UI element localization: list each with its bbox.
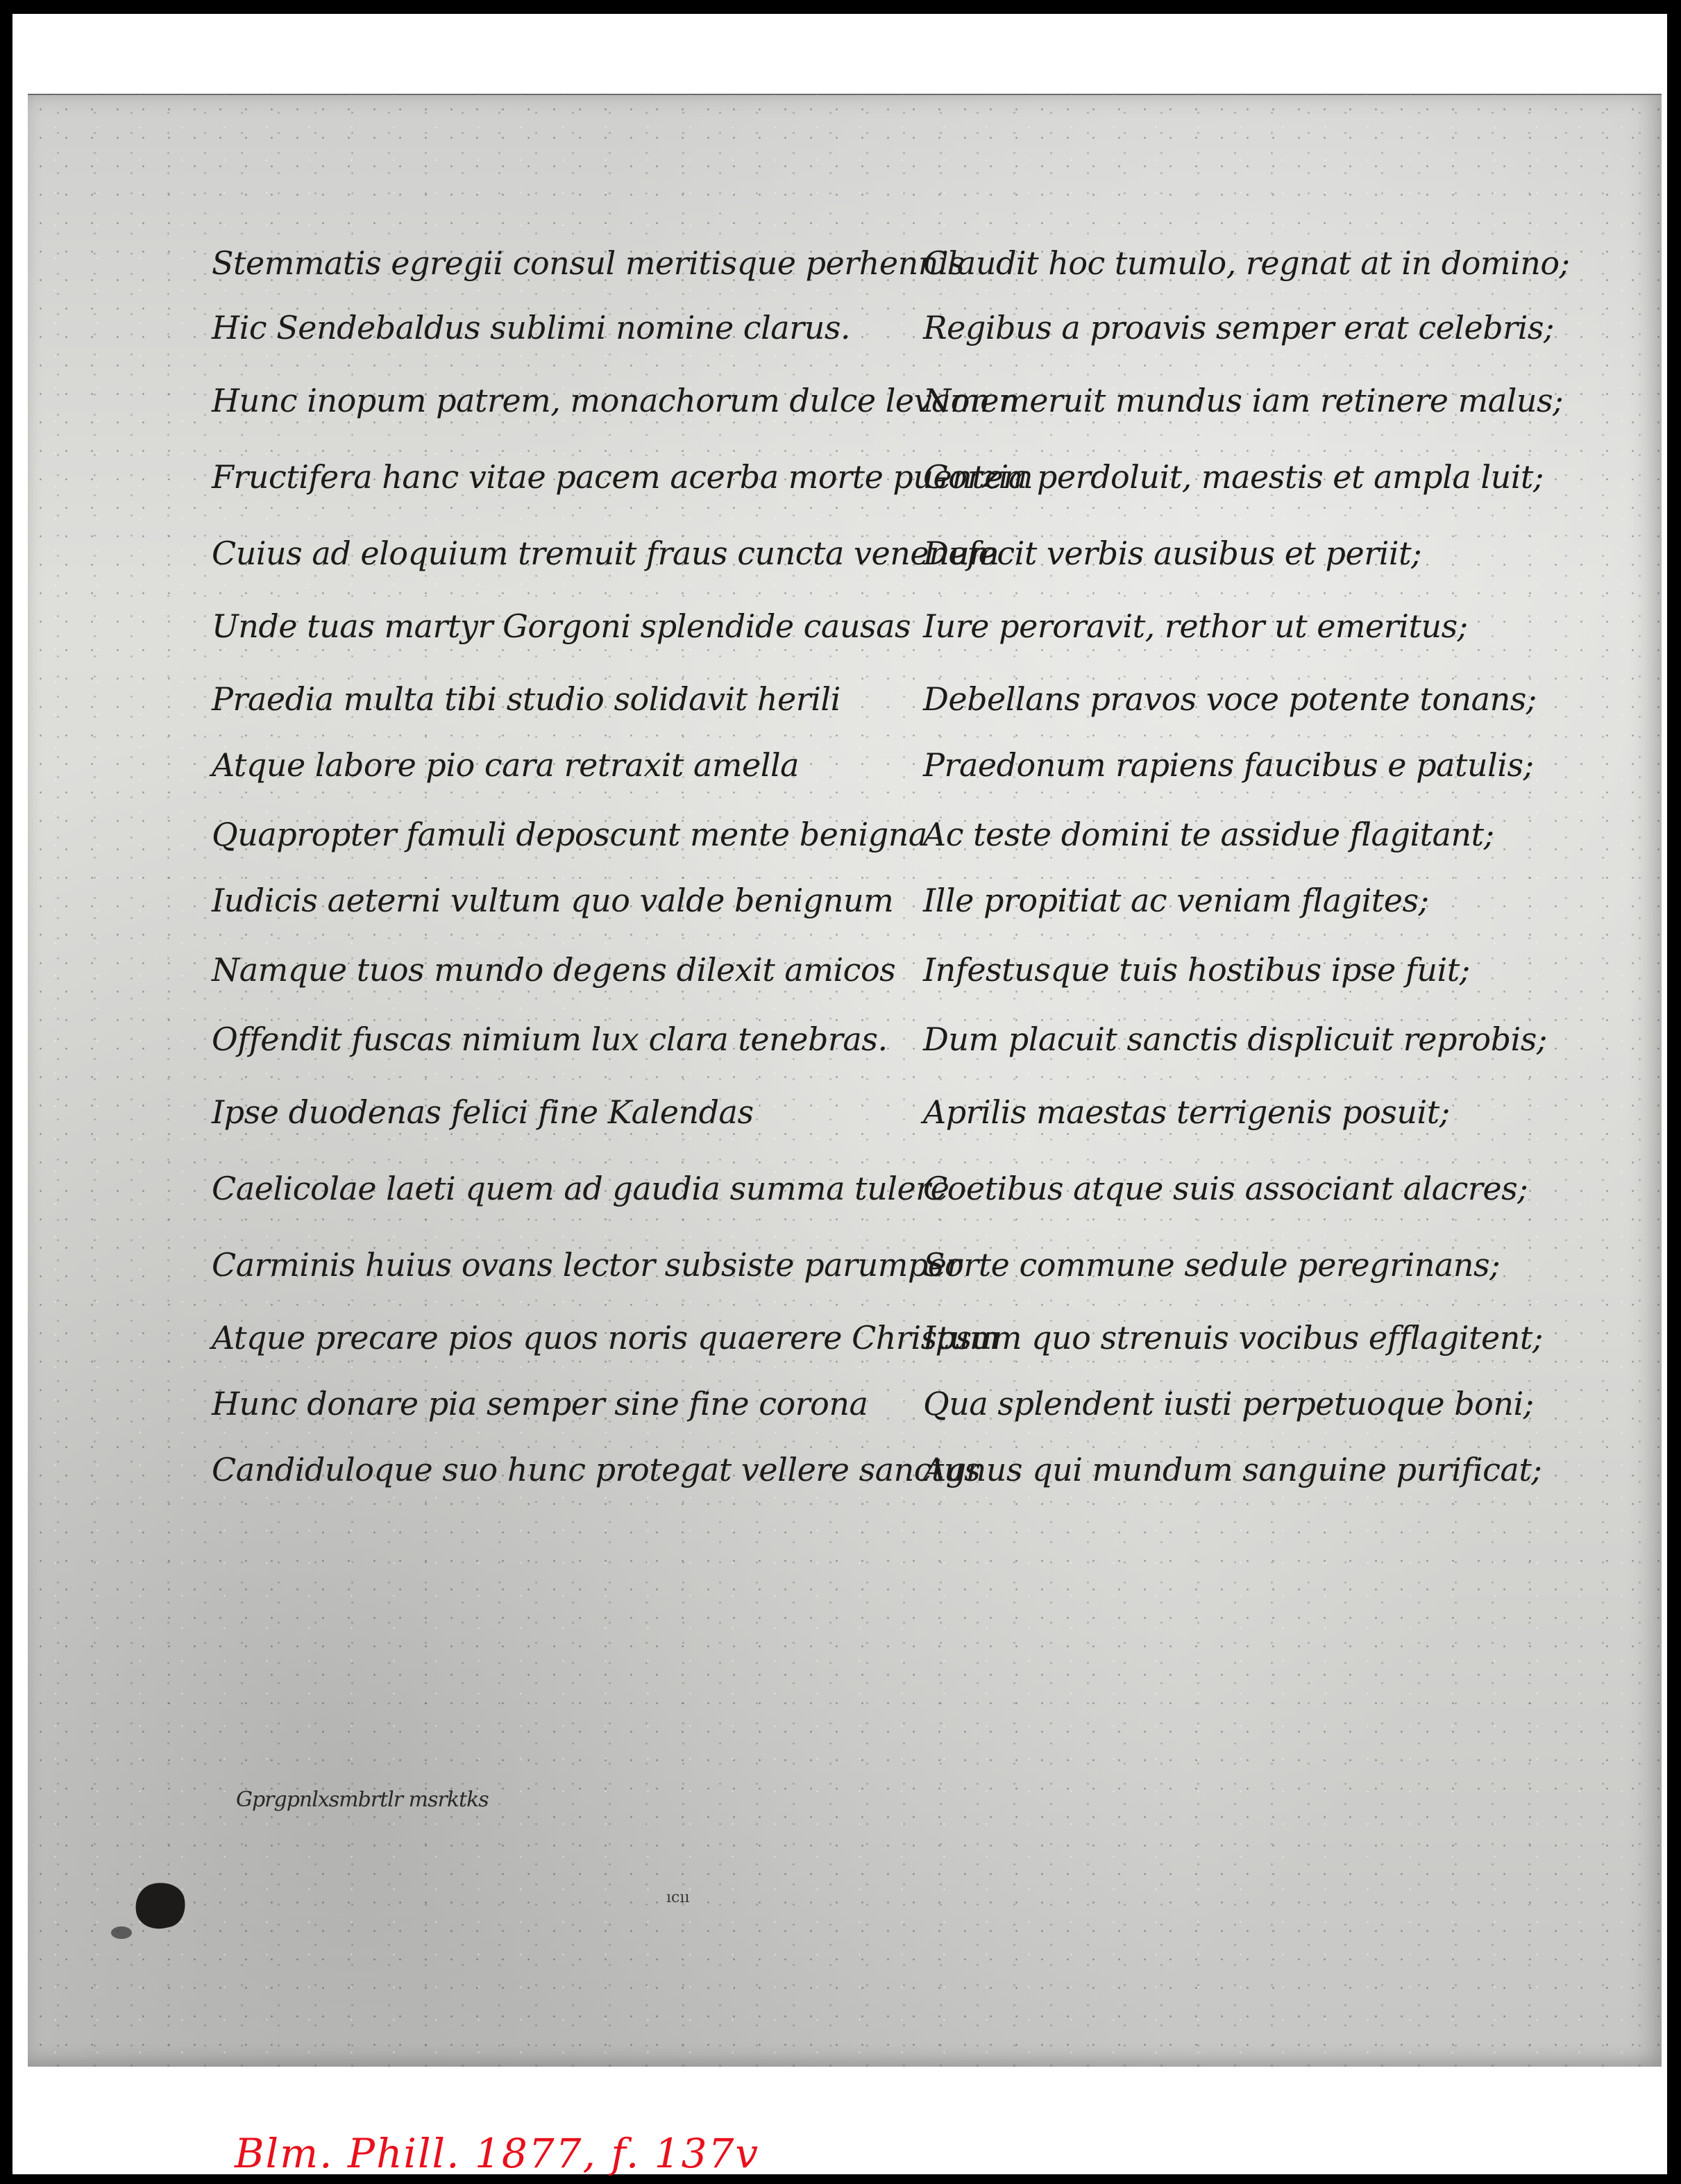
verse-line: Atque labore pio cara retraxit amella Pr… — [28, 734, 1662, 796]
verse-right-half: Praedonum rapiens faucibus e patulis; — [923, 734, 1534, 796]
verse-line: Stemmatis egregii consul meritisque perh… — [28, 232, 1662, 294]
verse-line: Carminis huius ovans lector subsiste par… — [28, 1234, 1662, 1296]
verse-left-half: Iudicis aeterni vultum quo valde benignu… — [212, 869, 893, 932]
verse-line: Iudicis aeterni vultum quo valde benignu… — [28, 869, 1662, 932]
photo-mount: Stemmatis egregii consul meritisque perh… — [12, 14, 1667, 2174]
verse-line: Hunc inopum patrem, monachorum dulce lev… — [28, 369, 1662, 432]
verse-right-half: Defecit verbis ausibus et periit; — [923, 522, 1421, 585]
verse-line: Offendit fuscas nimium lux clara tenebra… — [28, 1008, 1662, 1070]
verse-left-half: Ipse duodenas felici fine Kalendas — [212, 1081, 754, 1143]
verse-left-half: Atque precare pios quos noris quaerere C… — [212, 1307, 999, 1369]
verse-right-half: Infestusque tuis hostibus ipse fuit; — [923, 939, 1470, 1001]
verse-right-half: Gorzia perdoluit, maestis et ampla luit; — [923, 446, 1544, 508]
verse-line: Quapropter famuli deposcunt mente benign… — [28, 803, 1662, 866]
verse-left-half: Cuius ad eloquium tremuit fraus cuncta v… — [212, 522, 999, 585]
shelfmark-annotation: Blm. Phill. 1877, f. 137v — [235, 2130, 759, 2177]
verse-left-half: Hic Sendebaldus sublimi nomine clarus. — [212, 296, 850, 359]
verse-right-half: Ac teste domini te assidue flagitant; — [923, 803, 1494, 866]
manuscript-leaf: Stemmatis egregii consul meritisque perh… — [28, 94, 1662, 2067]
cipher-note: Gprgpnlxsmbrtlr msrktks — [236, 1788, 489, 1812]
verse-left-half: Candiduloque suo hunc protegat vellere s… — [212, 1438, 980, 1501]
verse-left-half: Fructifera hanc vitae pacem acerba morte… — [212, 446, 1033, 508]
verse-left-half: Unde tuas martyr Gorgoni splendide causa… — [212, 595, 911, 657]
verse-line: Cuius ad eloquium tremuit fraus cuncta v… — [28, 522, 1662, 585]
verse-right-half: Ipsum quo strenuis vocibus efflagitent; — [923, 1307, 1543, 1369]
ink-stain-small — [111, 1926, 132, 1939]
verse-line: Namque tuos mundo degens dilexit amicos … — [28, 939, 1662, 1001]
verse-right-half: Ille propitiat ac veniam flagites; — [923, 869, 1429, 932]
verse-right-half: Agnus qui mundum sanguine purificat; — [923, 1438, 1541, 1501]
verse-line: Unde tuas martyr Gorgoni splendide causa… — [28, 595, 1662, 657]
verse-left-half: Carminis huius ovans lector subsiste par… — [212, 1234, 961, 1296]
verse-left-half: Quapropter famuli deposcunt mente benign… — [212, 803, 927, 866]
verse-right-half: Debellans pravos voce potente tonans; — [923, 668, 1537, 730]
verse-line: Atque precare pios quos noris quaerere C… — [28, 1307, 1662, 1369]
verse-left-half: Caelicolae laeti quem ad gaudia summa tu… — [212, 1157, 949, 1220]
verse-line: Caelicolae laeti quem ad gaudia summa tu… — [28, 1157, 1662, 1220]
verse-left-half: Offendit fuscas nimium lux clara tenebra… — [212, 1008, 888, 1070]
verse-right-half: Non meruit mundus iam retinere malus; — [923, 369, 1563, 432]
verse-left-half: Praedia multa tibi studio solidavit heri… — [212, 668, 841, 730]
verse-right-half: Claudit hoc tumulo, regnat at in domino; — [923, 232, 1570, 294]
verse-left-half: Atque labore pio cara retraxit amella — [212, 734, 799, 796]
verse-right-half: Iure peroravit, rethor ut emeritus; — [923, 595, 1468, 657]
verse-left-half: Hunc donare pia semper sine fine corona — [212, 1372, 868, 1435]
verse-text-block: Stemmatis egregii consul meritisque perh… — [28, 95, 1662, 2067]
verse-line: Fructifera hanc vitae pacem acerba morte… — [28, 446, 1662, 508]
verse-right-half: Regibus a proavis semper erat celebris; — [923, 296, 1554, 359]
verse-right-half: Dum placuit sanctis displicuit reprobis; — [923, 1008, 1547, 1070]
verse-line: Hic Sendebaldus sublimi nomine clarus. R… — [28, 296, 1662, 359]
verse-left-half: Hunc inopum patrem, monachorum dulce lev… — [212, 369, 1019, 432]
verse-right-half: Aprilis maestas terrigenis posuit; — [923, 1081, 1450, 1143]
verse-line: Praedia multa tibi studio solidavit heri… — [28, 668, 1662, 730]
verse-left-half: Namque tuos mundo degens dilexit amicos — [212, 939, 895, 1001]
folio-mark: ıcıı — [666, 1889, 689, 1906]
verse-left-half: Stemmatis egregii consul meritisque perh… — [212, 232, 964, 294]
verse-line: Candiduloque suo hunc protegat vellere s… — [28, 1438, 1662, 1501]
verse-line: Hunc donare pia semper sine fine corona … — [28, 1372, 1662, 1435]
verse-right-half: Sorte commune sedule peregrinans; — [923, 1234, 1500, 1296]
verse-right-half: Qua splendent iusti perpetuoque boni; — [923, 1372, 1534, 1435]
verse-line: Ipse duodenas felici fine Kalendas April… — [28, 1081, 1662, 1143]
verse-right-half: Coetibus atque suis associant alacres; — [923, 1157, 1528, 1220]
